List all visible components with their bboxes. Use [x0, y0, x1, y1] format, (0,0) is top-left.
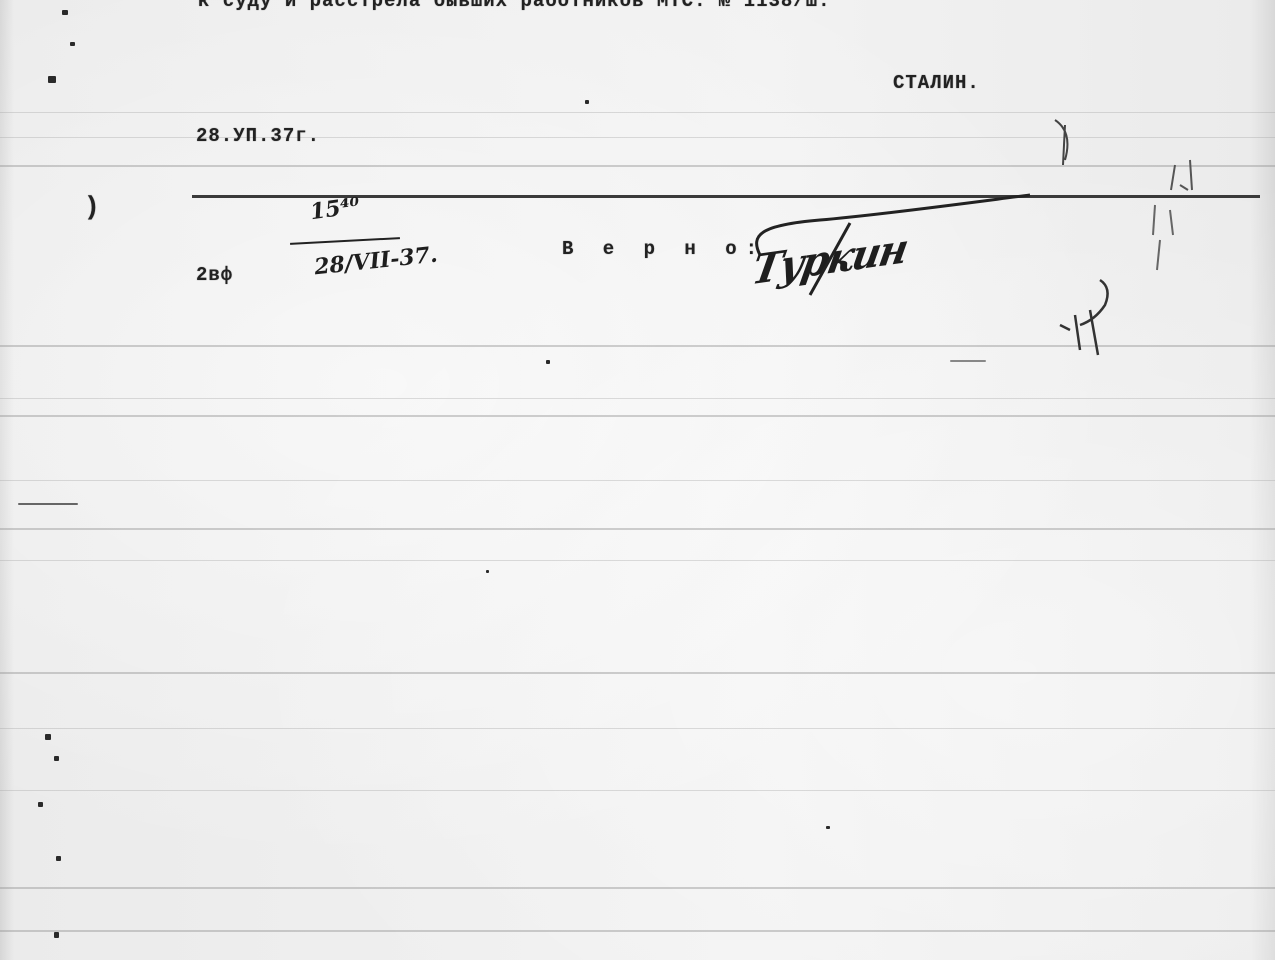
speck — [48, 76, 56, 83]
handwritten-denominator: 28/VII-37. — [313, 242, 439, 281]
ruled-line — [0, 415, 1275, 417]
speck — [70, 42, 75, 46]
speck — [54, 756, 59, 761]
speck — [54, 932, 59, 938]
ruled-line — [0, 887, 1275, 889]
speck — [56, 856, 61, 861]
certification-label: В е р н о: — [562, 238, 766, 260]
signature-flourish — [740, 195, 1040, 275]
speck — [546, 360, 550, 364]
ruled-line — [0, 728, 1275, 729]
ruled-line — [0, 930, 1275, 932]
ruled-line — [0, 790, 1275, 791]
signatory-name: СТАЛИН. — [893, 72, 980, 94]
speck — [45, 734, 51, 740]
speck — [38, 802, 43, 807]
handwritten-numerator: 15⁴⁰ — [308, 193, 361, 226]
ruled-line — [0, 672, 1275, 674]
margin-handwritten-notes — [1030, 115, 1150, 375]
ruled-line — [0, 398, 1275, 399]
speck — [62, 10, 68, 15]
ruled-line — [0, 560, 1275, 561]
ruled-line — [0, 480, 1275, 481]
speck — [950, 360, 986, 362]
speck — [826, 826, 830, 829]
ruled-line — [0, 528, 1275, 530]
margin-bracket: ) — [84, 192, 101, 222]
ruled-line — [0, 112, 1275, 113]
speck — [18, 503, 78, 505]
speck — [585, 100, 589, 104]
speck — [486, 570, 489, 573]
reference-code: 2вф — [196, 264, 233, 286]
document-page: к суду и расстрела бывших работников МТС… — [0, 0, 1275, 960]
document-date: 28.УП.37г. — [196, 125, 320, 147]
top-text-line: к суду и расстрела бывших работников МТС… — [198, 0, 831, 12]
fraction-line — [290, 237, 400, 245]
